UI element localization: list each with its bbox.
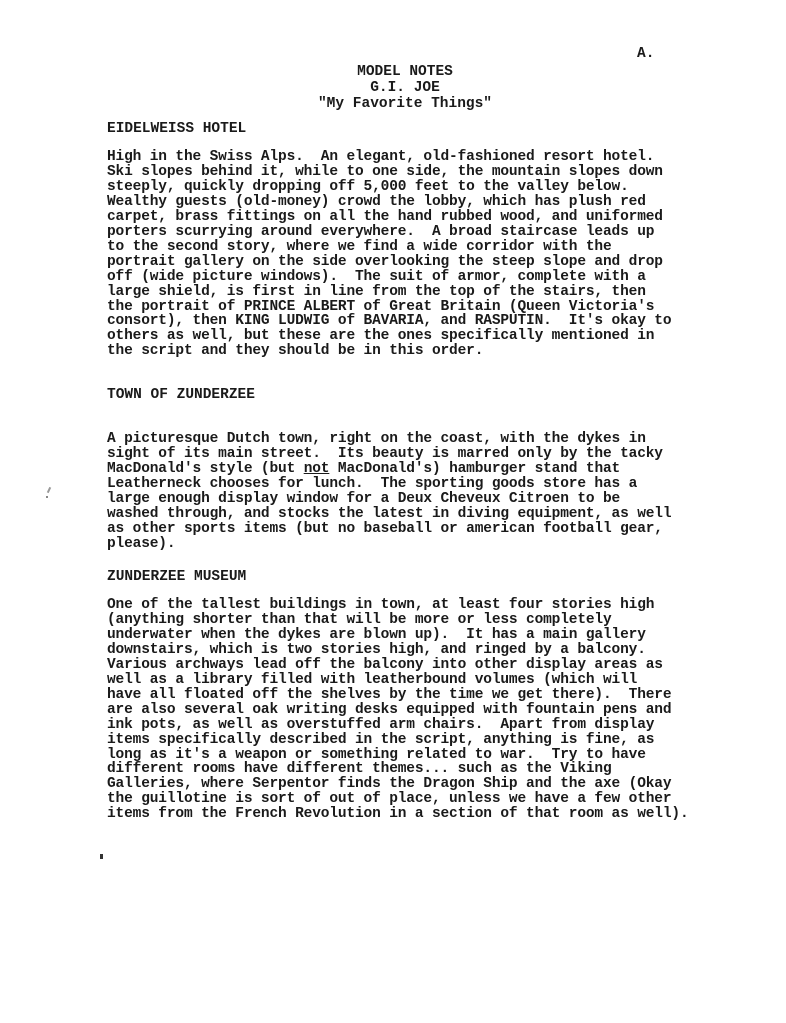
page-letter: A. [637,46,654,62]
text-line: portrait gallery on the side overlooking… [107,255,727,270]
scan-speck [46,496,48,498]
text-line: well as a library filled with leatherbou… [107,673,727,688]
text-line: (anything shorter than that will be more… [107,613,727,628]
text-line: as other sports items (but no baseball o… [107,522,727,537]
text-line: have all floated off the shelves by the … [107,688,727,703]
text-line: items specifically described in the scri… [107,733,727,748]
text-line: are also several oak writing desks equip… [107,703,727,718]
text-line: long as it's a weapon or something relat… [107,748,727,763]
section-heading-zunderzee-museum: ZUNDERZEE MUSEUM [107,569,246,585]
text-line: the guillotine is sort of out of place, … [107,792,727,807]
text-line: Leatherneck chooses for lunch. The sport… [107,477,727,492]
text-line: different rooms have different themes...… [107,762,727,777]
text-line: others as well, but these are the ones s… [107,329,727,344]
text-line: items from the French Revolution in a se… [107,807,727,822]
text-line: downstairs, which is two stories high, a… [107,643,727,658]
text-line: One of the tallest buildings in town, at… [107,598,727,613]
text-line: sight of its main street. Its beauty is … [107,447,727,462]
text-line: off (wide picture windows). The suit of … [107,270,727,285]
text-line: to the second story, where we find a wid… [107,240,727,255]
section-body-zunderzee-museum: One of the tallest buildings in town, at… [107,598,727,822]
document-title: MODEL NOTES G.I. JOE "My Favorite Things… [0,64,786,112]
section-heading-eidelweiss-hotel: EIDELWEISS HOTEL [107,121,246,137]
text-line: Ski slopes behind it, while to one side,… [107,165,727,180]
text-line: Wealthy guests (old-money) crowd the lob… [107,195,727,210]
title-line: "My Favorite Things" [24,96,786,112]
text-line: large enough display window for a Deux C… [107,492,727,507]
title-line: MODEL NOTES [24,64,786,80]
scan-speck [47,487,51,493]
text-line: MacDonald's style (but not MacDonald's) … [107,462,727,477]
scan-speck [100,854,103,859]
section-body-eidelweiss-hotel: High in the Swiss Alps. An elegant, old-… [107,150,727,359]
text-line: High in the Swiss Alps. An elegant, old-… [107,150,727,165]
text-line: carpet, brass fittings on all the hand r… [107,210,727,225]
text-line: ink pots, as well as overstuffed arm cha… [107,718,727,733]
text-line: the portrait of PRINCE ALBERT of Great B… [107,300,727,315]
text-line: large shield, is first in line from the … [107,285,727,300]
text-line: washed through, and stocks the latest in… [107,507,727,522]
text-line: please). [107,537,727,552]
text-line: porters scurrying around everywhere. A b… [107,225,727,240]
section-body-town-of-zunderzee: A picturesque Dutch town, right on the c… [107,417,727,552]
text-line: Various archways lead off the balcony in… [107,658,727,673]
title-line: G.I. JOE [24,80,786,96]
text-line: A picturesque Dutch town, right on the c… [107,432,727,447]
text-line: consort), then KING LUDWIG of BAVARIA, a… [107,314,727,329]
section-heading-town-of-zunderzee: TOWN OF ZUNDERZEE [107,387,255,403]
text-line: underwater when the dykes are blown up).… [107,628,727,643]
underlined-word: not [304,461,330,477]
text-line: the script and they should be in this or… [107,344,727,359]
text-line: steeply, quickly dropping off 5,000 feet… [107,180,727,195]
text-line: Galleries, where Serpentor finds the Dra… [107,777,727,792]
